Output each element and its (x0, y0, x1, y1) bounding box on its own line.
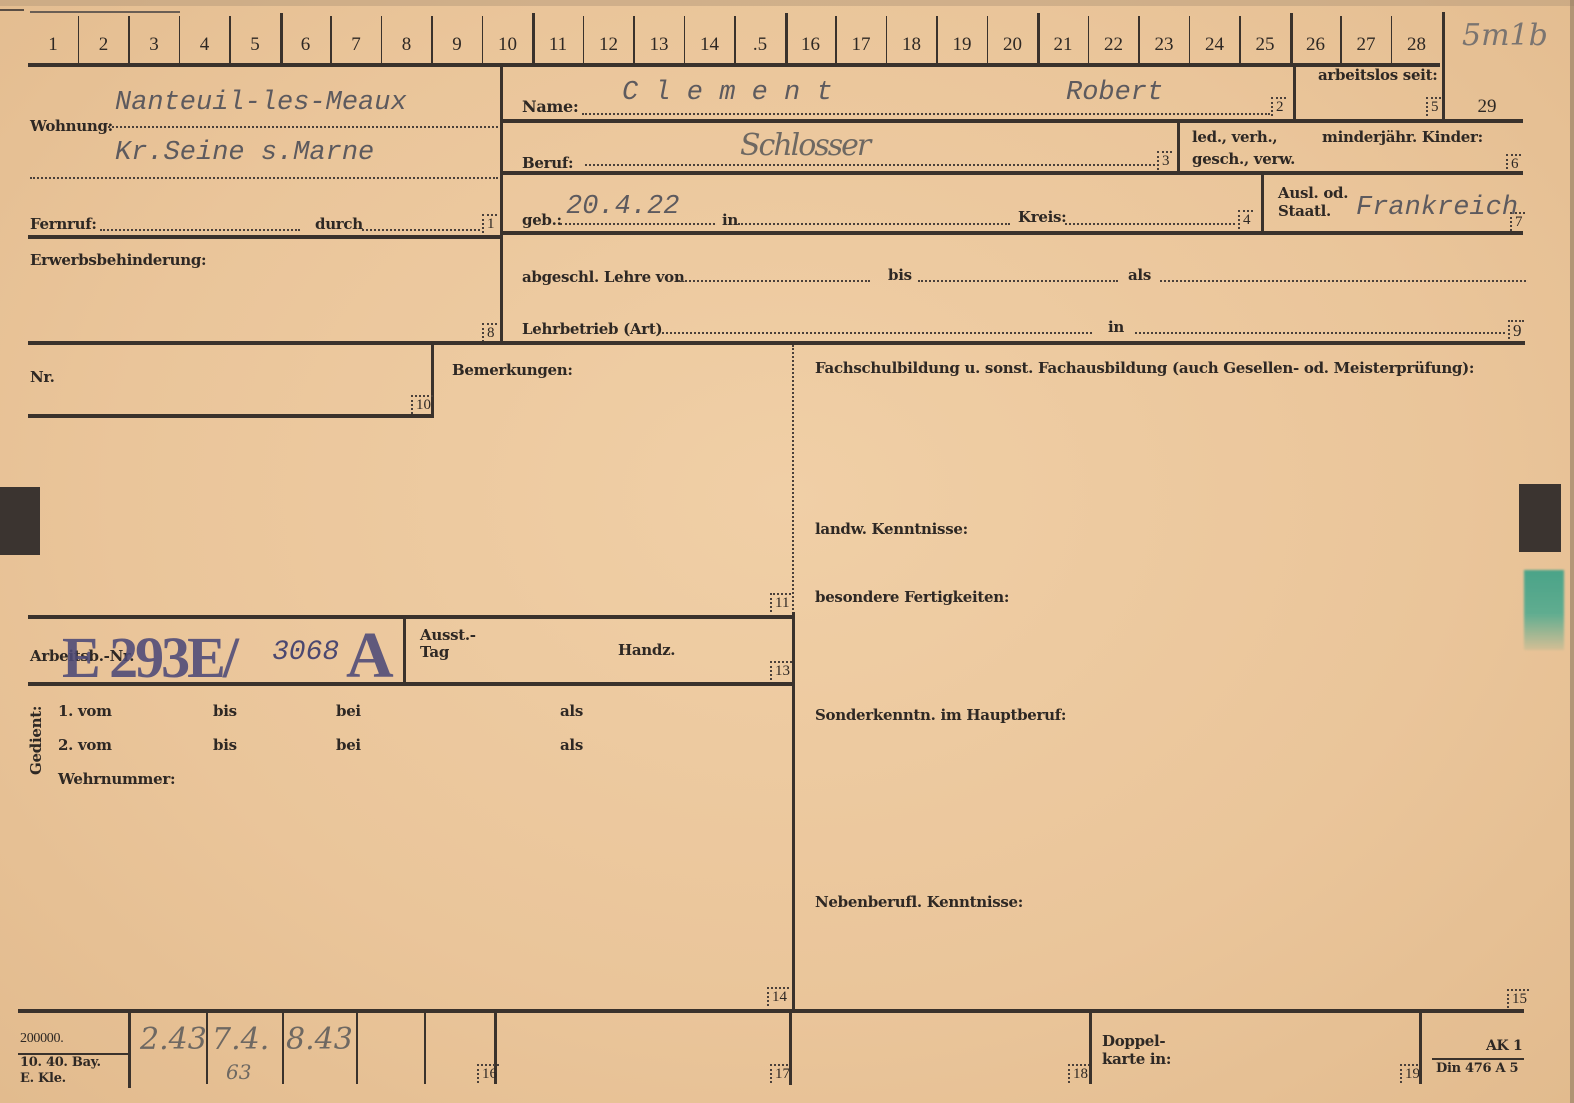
footer-divider-d (356, 1012, 358, 1084)
box-number-8: 8 (482, 323, 497, 342)
nr-label: Nr. (30, 368, 55, 386)
arbeitslos-divider (1293, 64, 1296, 120)
form-id-divider (1432, 1058, 1524, 1060)
corner-stub (0, 9, 24, 11)
column-number: 27 (1341, 34, 1391, 56)
print-date: 10. 40. Bay. (20, 1055, 101, 1070)
footer-top-rule (18, 1009, 1524, 1013)
gedient-row-vom-label: 1. vom (58, 702, 112, 720)
arbeitslos-label: arbeitslos seit: (1318, 66, 1437, 84)
gedient-row-als-label: als (560, 702, 583, 720)
arbeitsbuch-divider (403, 617, 406, 684)
wohnung-label: Wohnung: (30, 117, 113, 135)
column-number: 10 (483, 34, 533, 56)
box-number-5: 5 (1426, 97, 1441, 116)
familienstand-divider (1177, 120, 1180, 172)
wehrnummer-label: Wehrnummer: (58, 770, 175, 788)
column-number: 4 (180, 34, 230, 56)
wohnung-line1: Nanteuil-les-Meaux (115, 88, 407, 118)
beruf-field-line (585, 164, 1155, 166)
column-separator (785, 13, 788, 63)
column-number: 9 (432, 34, 482, 56)
column-number: 23 (1139, 34, 1189, 56)
column-separator (532, 13, 535, 63)
print-run: 200000. (20, 1031, 63, 1047)
column-number: 20 (988, 34, 1038, 56)
lehre-label: abgeschl. Lehre von (522, 268, 684, 286)
gedient-row-vom-label: 2. vom (58, 736, 112, 754)
geb-in-label: in (722, 211, 738, 229)
column-number: 8 (382, 34, 432, 56)
fachschul-label: Fachschulbildung u. sonst. Fachausbildun… (815, 359, 1474, 377)
box-number-15: 15 (1507, 989, 1529, 1008)
sonderkenntnisse-label: Sonderkenntn. im Hauptberuf: (815, 706, 1066, 724)
column-separator (684, 16, 686, 63)
column-separator (381, 16, 383, 63)
corner-stub-line (30, 11, 180, 13)
gedient-row-bei-label: bei (336, 736, 361, 754)
column-separator (1138, 16, 1140, 63)
beruf-bottom-rule (503, 171, 1523, 175)
footer-divider-g (789, 1009, 792, 1085)
gedient-row-bei-label: bei (336, 702, 361, 720)
doppelkarte-label-line1: Doppel- (1102, 1032, 1165, 1050)
arbeitsbuch-top-rule (28, 615, 795, 619)
box-number-18: 18 (1068, 1064, 1090, 1083)
name-field-line (582, 113, 1270, 115)
fernruf-label: Fernruf: (30, 215, 97, 233)
staat-label-line2: Staatl. (1278, 202, 1331, 220)
card-right-edge (1570, 0, 1574, 1103)
geb-field-line (560, 223, 715, 225)
durch-label: durch (315, 215, 363, 233)
fernruf-field (100, 229, 300, 231)
box-number-3: 3 (1157, 151, 1172, 170)
arbeitsbuch-stamp-number: 3068 (272, 637, 339, 668)
name-label: Name: (522, 97, 579, 116)
name-bottom-rule (503, 119, 1523, 123)
box-number-13: 13 (770, 661, 792, 680)
column-number: 14 (685, 34, 735, 56)
landw-kenntnisse-label: landw. Kenntnisse: (815, 520, 968, 538)
column-strip-right-border (1442, 12, 1445, 120)
column-number: 6 (281, 34, 331, 56)
box-number-7: 7 (1510, 212, 1525, 231)
footer-divider-e (424, 1012, 426, 1084)
box-number-1: 1 (482, 214, 497, 233)
kreis-field-line (1065, 223, 1235, 225)
column-number: 1 (28, 34, 78, 56)
handwritten-date-3: 8.43 (286, 1022, 353, 1057)
column-separator (1088, 16, 1090, 63)
column-number: 3 (129, 34, 179, 56)
bemerkungen-right-dotted-divider (792, 345, 794, 610)
corner-handwriting: 5m1b (1462, 18, 1548, 53)
employment-record-card: 1234567891011121314.51617181920212223242… (0, 0, 1574, 1103)
lehrbetrieb-ort-field (1135, 332, 1505, 334)
column-number: 28 (1392, 34, 1442, 56)
column-number: 16 (786, 34, 836, 56)
column-number: 26 (1291, 34, 1341, 56)
column-separator (835, 16, 837, 63)
besondere-fertigkeiten-label: besondere Fertigkeiten: (815, 588, 1009, 606)
column-separator (734, 16, 736, 63)
column-separator (179, 16, 181, 63)
gedient-row-bis-label: bis (213, 736, 237, 754)
doppelkarte-label-line2: karte in: (1102, 1050, 1171, 1068)
bemerkungen-label: Bemerkungen: (452, 361, 573, 379)
gedient-side-label: Gedient: (27, 706, 45, 775)
printer: E. Kle. (20, 1071, 66, 1086)
column-separator (330, 16, 332, 63)
geb-ort-field-line (738, 223, 1010, 225)
box-number-2: 2 (1271, 97, 1286, 116)
erwerbsbehinderung-label: Erwerbsbehinderung: (30, 251, 206, 269)
geburt-bottom-rule (503, 231, 1523, 235)
column-separator (886, 16, 888, 63)
din-reference: Din 476 A 5 (1436, 1061, 1518, 1076)
left-index-tab-mark (0, 487, 40, 555)
footer-divider-c (282, 1012, 284, 1084)
column-separator (431, 16, 433, 63)
box-number-4: 4 (1238, 210, 1253, 229)
geb-value: 20.4.22 (566, 192, 679, 222)
staat-value: Frankreich (1356, 193, 1518, 223)
nebenberufl-kenntnisse-label: Nebenberufl. Kenntnisse: (815, 893, 1023, 911)
lehrbetrieb-label: Lehrbetrieb (Art) (522, 320, 662, 338)
column-separator (78, 16, 80, 63)
handwritten-date-1: 2.43 (140, 1022, 207, 1057)
staat-label-line1: Ausl. od. (1278, 184, 1348, 202)
column-strip-baseline (28, 63, 1440, 67)
column-number: 12 (584, 34, 634, 56)
wohnung-line2: Kr.Seine s.Marne (115, 138, 374, 168)
column-separator (1239, 16, 1241, 63)
column-number: 25 (1240, 34, 1290, 56)
left-block-divider (500, 66, 503, 344)
column-separator (1189, 16, 1191, 63)
beruf-label: Beruf: (522, 154, 573, 172)
wohnung-line2-underline (30, 177, 498, 179)
ausst-label-line2: Tag (420, 643, 449, 661)
column-number: 5 (230, 34, 280, 56)
column-number: 17 (836, 34, 886, 56)
kreis-label: Kreis: (1018, 208, 1066, 226)
wohnung-line1-underline (108, 126, 498, 128)
lehrbetrieb-in-label: in (1108, 318, 1124, 336)
field-29: 29 (1462, 96, 1512, 118)
footer-divider-a (128, 1012, 131, 1088)
kinder-label: minderjähr. Kinder: (1322, 128, 1483, 146)
green-crayon-mark (1524, 570, 1564, 650)
staat-divider (1261, 172, 1264, 234)
column-number: 13 (634, 34, 684, 56)
handwritten-date-2: 7.4. (212, 1022, 269, 1057)
column-separator (280, 13, 283, 63)
column-separator (987, 16, 989, 63)
box-number-9: 9 (1508, 320, 1524, 339)
column-number: 18 (887, 34, 937, 56)
column-number: 11 (533, 34, 583, 56)
nr-box-bottom-rule (28, 414, 434, 418)
lehre-als-label: als (1128, 266, 1151, 284)
familienstand-options-line1[interactable]: led., verh., (1192, 128, 1277, 146)
lehre-bis-label: bis (888, 266, 912, 284)
arbeitsbuch-stamp-prefix: E 293E/ (62, 624, 236, 691)
box-number-16: 16 (477, 1064, 499, 1083)
column-separator (633, 16, 635, 63)
column-number: 2 (79, 34, 129, 56)
lehre-als-field (1160, 280, 1526, 282)
column-separator (1290, 13, 1293, 63)
durch-field (362, 229, 480, 231)
lehre-bis-field (918, 280, 1118, 282)
geb-label: geb.: (522, 211, 562, 229)
column-separator (1340, 16, 1342, 63)
form-id: AK 1 (1486, 1038, 1522, 1054)
handwritten-date-sub: 63 (226, 1060, 251, 1084)
firstname-value: Robert (1066, 78, 1163, 108)
column-number: 22 (1089, 34, 1139, 56)
column-number: .5 (735, 34, 785, 56)
box-number-11: 11 (770, 593, 791, 612)
lower-left-right-border (792, 612, 795, 1010)
column-separator (229, 16, 231, 63)
fernruf-bottom-rule (28, 235, 502, 239)
arbeitsbuch-bottom-rule (28, 682, 795, 686)
surname-value: C l e m e n t (622, 78, 833, 108)
lehre-von-field (678, 280, 870, 282)
column-separator (583, 16, 585, 63)
column-number: 19 (937, 34, 987, 56)
handz-label: Handz. (618, 641, 675, 659)
gedient-row-bis-label: bis (213, 702, 237, 720)
column-separator (936, 16, 938, 63)
column-number: 7 (331, 34, 381, 56)
footer-divider-i (1419, 1012, 1422, 1084)
right-index-tab-mark (1519, 484, 1561, 552)
lehrbetrieb-field (662, 332, 1092, 334)
column-number: 21 (1038, 34, 1088, 56)
beruf-handwritten-value: Schlosser (740, 128, 869, 163)
column-separator (1037, 13, 1040, 63)
gedient-row-als-label: als (560, 736, 583, 754)
ausst-label-line1: Ausst.- (420, 626, 476, 644)
box-number-10: 10 (411, 395, 433, 414)
card-top-edge (0, 0, 1574, 6)
column-separator (1391, 16, 1393, 63)
column-separator (128, 16, 130, 63)
box-number-14: 14 (767, 987, 789, 1006)
footer-divider-h (1089, 1012, 1092, 1084)
upper-section-bottom-rule (28, 341, 1525, 345)
column-number: 24 (1190, 34, 1240, 56)
column-separator (482, 16, 484, 63)
familienstand-options-line2[interactable]: gesch., verw. (1192, 150, 1295, 168)
